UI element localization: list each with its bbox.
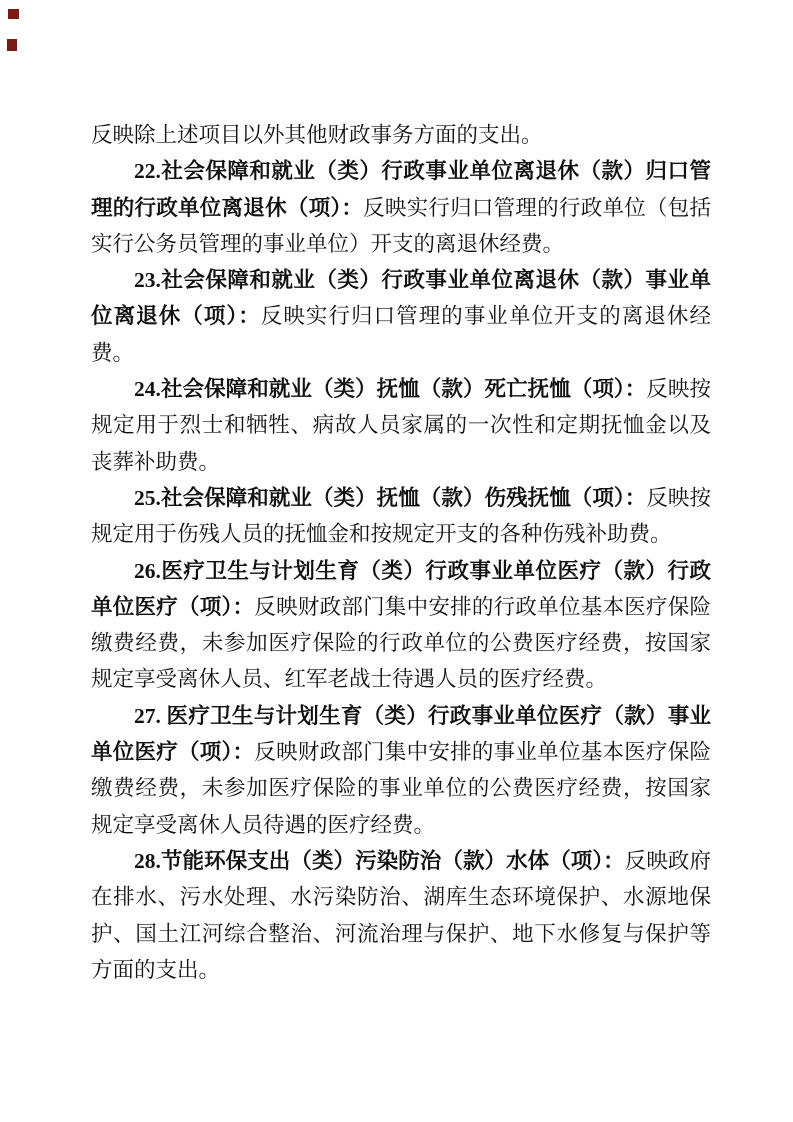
expense-item-heading: 25.社会保障和就业（类）抚恤（款）伤残抚恤（项）： xyxy=(134,486,646,510)
expense-item-paragraph-24: 24.社会保障和就业（类）抚恤（款）死亡抚恤（项）：反映按规定用于烈士和牺牲、病… xyxy=(91,371,711,480)
intro-paragraph: 反映除上述项目以外其他财政事务方面的支出。 xyxy=(91,117,711,153)
expense-item-paragraph-23: 23.社会保障和就业（类）行政事业单位离退休（款）事业单位离退休（项）：反映实行… xyxy=(91,262,711,371)
scan-artifact-mark-top xyxy=(8,9,19,19)
expense-item-paragraph-27: 27. 医疗卫生与计划生育（类）行政事业单位医疗（款）事业单位医疗（项）：反映财… xyxy=(91,698,711,843)
expense-item-paragraph-22: 22.社会保障和就业（类）行政事业单位离退休（款）归口管理的行政单位离退休（项）… xyxy=(91,153,711,262)
expense-item-paragraph-28: 28.节能环保支出（类）污染防治（款）水体（项）：反映政府在排水、污水处理、水污… xyxy=(91,843,711,988)
expense-item-heading: 28.节能环保支出（类）污染防治（款）水体（项）： xyxy=(134,849,625,873)
document-page: 反映除上述项目以外其他财政事务方面的支出。 22.社会保障和就业（类）行政事业单… xyxy=(0,0,793,1122)
expense-item-paragraph-25: 25.社会保障和就业（类）抚恤（款）伤残抚恤（项）：反映按规定用于伤残人员的抚恤… xyxy=(91,480,711,553)
document-body: 反映除上述项目以外其他财政事务方面的支出。 22.社会保障和就业（类）行政事业单… xyxy=(91,117,711,988)
intro-text: 反映除上述项目以外其他财政事务方面的支出。 xyxy=(91,123,543,147)
expense-item-paragraph-26: 26.医疗卫生与计划生育（类）行政事业单位医疗（款）行政单位医疗（项）：反映财政… xyxy=(91,553,711,698)
expense-item-heading: 24.社会保障和就业（类）抚恤（款）死亡抚恤（项）： xyxy=(134,377,646,401)
scan-artifact-mark-bottom xyxy=(7,39,17,51)
